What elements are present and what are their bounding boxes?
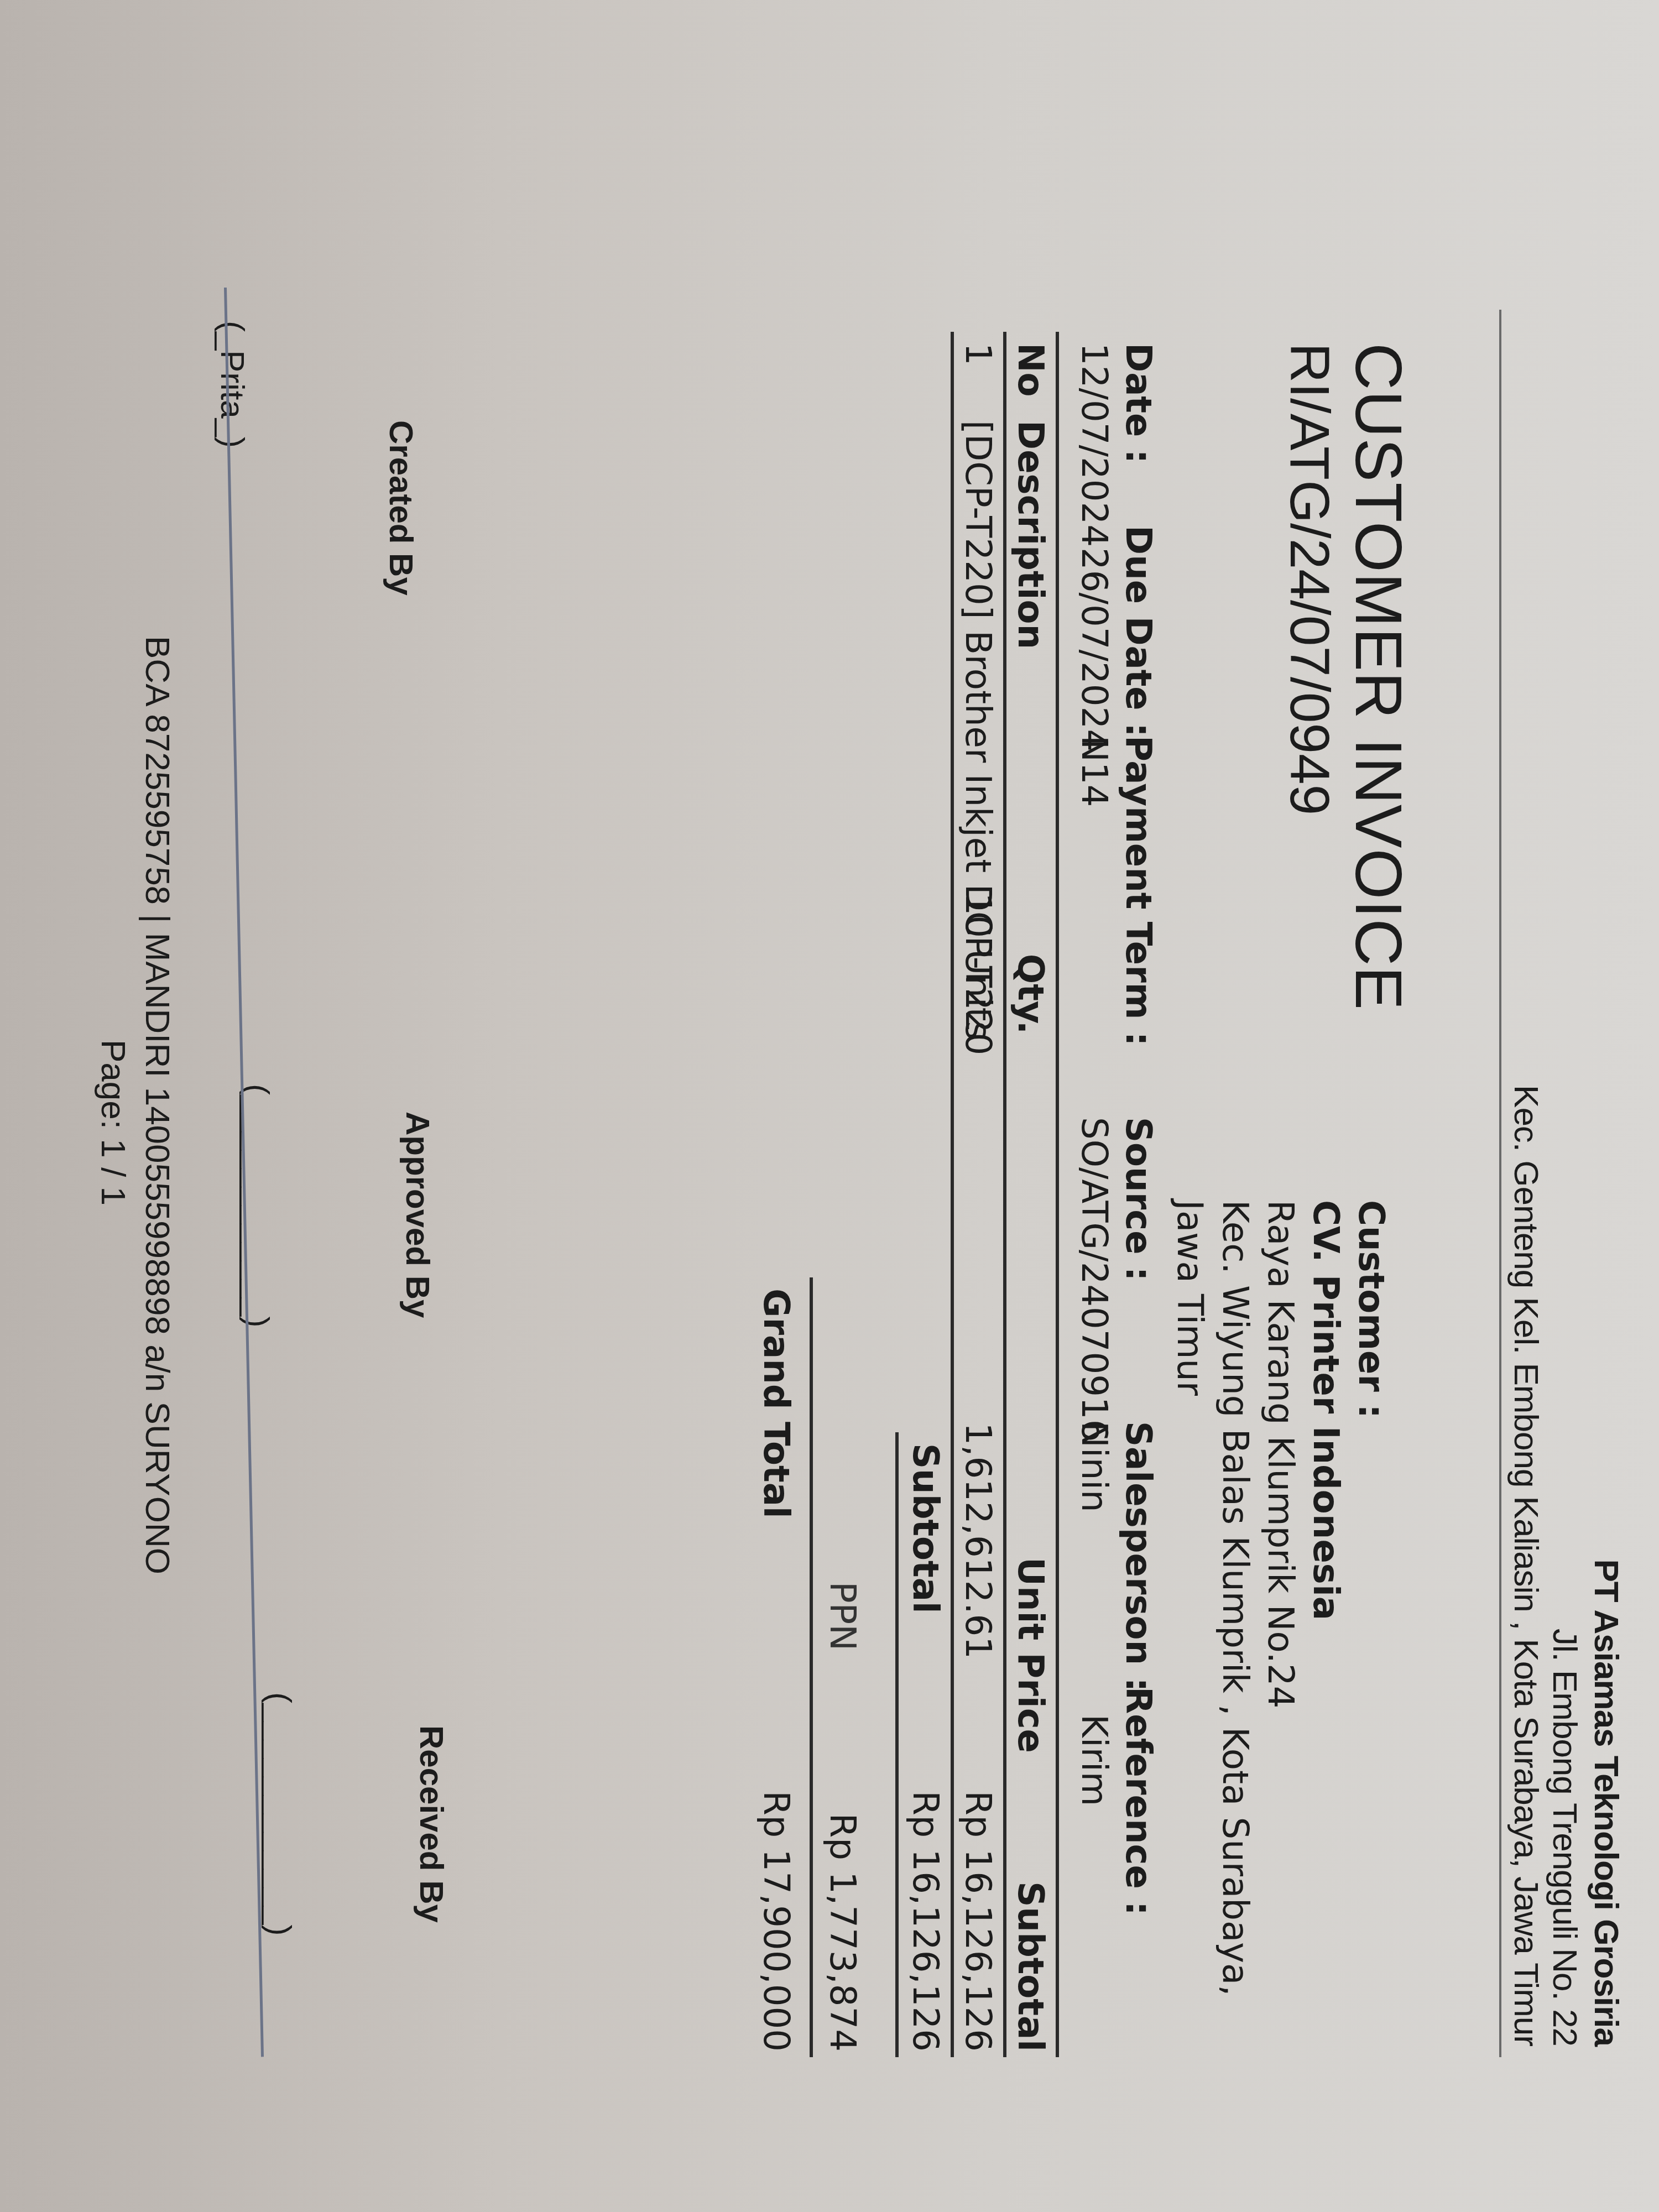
- col-description: Description: [1010, 420, 1051, 649]
- row-no: 1: [957, 343, 998, 366]
- header-divider: [1499, 310, 1501, 2057]
- table-bottom-rule: [951, 332, 954, 2057]
- tax-value: Rp 1,773,874: [822, 1813, 863, 2052]
- col-qty: Qty.: [1010, 954, 1051, 1034]
- source-label: Source :: [1118, 1117, 1159, 1281]
- source-value: SO/ATG/24070916: [1073, 1117, 1114, 1442]
- received-by-label: Received By: [413, 1725, 451, 1923]
- grand-total-label: Grand Total: [755, 1288, 796, 1519]
- due-date-label: Due Date :: [1118, 525, 1159, 737]
- subtotal-rule: [895, 1432, 899, 2057]
- salesperson-value: Ninin: [1073, 1421, 1114, 1512]
- payment-term-value: N14: [1073, 735, 1114, 807]
- col-no: No: [1010, 343, 1051, 397]
- customer-address-line: Raya Karang Klumprik No.24: [1258, 1200, 1303, 1996]
- page-number: Page: 1 / 1: [93, 1040, 133, 1206]
- col-unit-price: Unit Price: [1010, 1557, 1051, 1753]
- company-address-line2: Kec. Genteng Kel. Embong Kaliasin , Kota…: [1506, 1085, 1546, 2046]
- due-date-value: 26/07/2024: [1073, 547, 1114, 752]
- salesperson-label: Salesperson :: [1118, 1421, 1159, 1692]
- row-subtotal: Rp 16,126,126: [957, 1791, 998, 2052]
- company-name: PT Asiamas Teknologi Grosiria: [1587, 1559, 1626, 2046]
- grand-total-value: Rp 17,900,000: [755, 1791, 796, 2052]
- col-subtotal: Subtotal: [1010, 1881, 1051, 2052]
- reference-value: Kirim: [1073, 1714, 1114, 1806]
- bank-info: BCA 8725595758 | MANDIRI 1400555998898 a…: [138, 636, 177, 1574]
- row-unit-price: 1,612,612.61: [957, 1423, 998, 1660]
- customer-address-line: Kec. Wiyung Balas Klumprik , Kota Suraba…: [1212, 1200, 1258, 1996]
- payment-term-label: Payment Term :: [1118, 735, 1159, 1046]
- created-by-label: Created By: [382, 420, 420, 596]
- invoice-number: RI/ATG/24/07/0949: [1277, 343, 1341, 815]
- date-value: 12/07/2024: [1073, 343, 1114, 547]
- subtotal-value: Rp 16,126,126: [905, 1791, 946, 2052]
- invoice-title: CUSTOMER INVOICE: [1340, 343, 1416, 1010]
- tax-rule: [810, 1277, 813, 2057]
- row-qty: 10 Units: [957, 893, 998, 1040]
- reference-label: Reference :: [1118, 1687, 1159, 1916]
- date-label: Date :: [1118, 343, 1159, 463]
- customer-name: CV. Printer Indonesia: [1303, 1200, 1348, 1996]
- customer-block: Customer : CV. Printer Indonesia Raya Ka…: [1167, 1200, 1394, 1996]
- customer-label: Customer :: [1348, 1200, 1394, 1996]
- invoice-document: PT Asiamas Teknologi Grosiria Jl. Embong…: [0, 0, 1659, 2212]
- tax-label: PPN: [822, 1582, 863, 1651]
- customer-address-line: Jawa Timur: [1167, 1200, 1212, 1996]
- received-by-signature: (____________): [260, 1692, 299, 1936]
- table-top-rule: [1056, 332, 1059, 2057]
- table-header-rule: [1003, 332, 1006, 2057]
- created-by-signature: (_Prita_): [213, 321, 252, 448]
- company-address-line1: Jl. Embong Trengguli No. 22: [1545, 1629, 1584, 2046]
- subtotal-label: Subtotal: [905, 1443, 946, 1614]
- approved-by-label: Approved By: [399, 1112, 437, 1318]
